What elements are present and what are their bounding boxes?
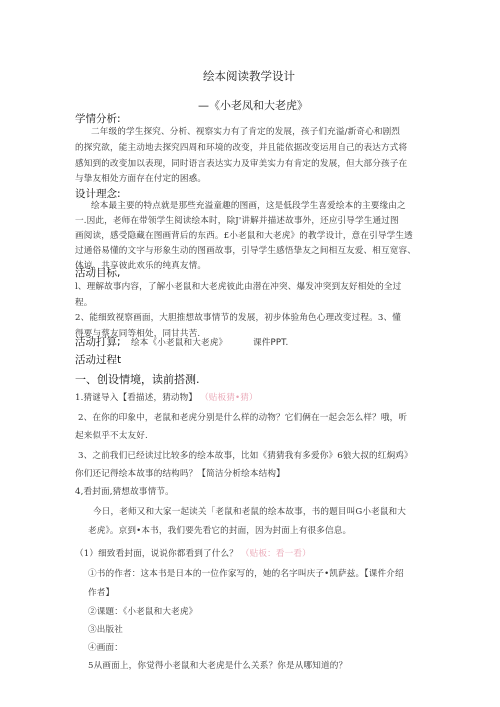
section-heading-analysis: 学情分析: <box>75 111 121 126</box>
process-item-3-line: 你们还记得绘本故事的结构吗？【简洁分析绘本结构】 <box>75 467 285 479</box>
item1-annotation: （贴板猜•猜） <box>200 393 258 403</box>
process-item-2-line: 2、在你的印象中，老鼠和老虎分别是什么样的动物？它们俩在一起会怎么样？哦，听 <box>78 411 407 423</box>
process-item-3-line: 3、之前我们已经读过比较多的绘本故事，比如《猜猜我有多爱你》6狼大叔的红焖鸡》 <box>78 449 413 461</box>
goal-line: 程。 <box>75 296 93 308</box>
sub1-text: （1）细致看封面，说说你都看到了什么？ <box>75 549 238 559</box>
document-page: 绘本阅读教学设计 —《小老凤和大老虎》 学情分析: 二年级的学生探究、分析、视察… <box>0 0 500 707</box>
sub1-item: ④画面： <box>88 641 123 653</box>
page-subtitle: —《小老凤和大老虎》 <box>198 97 308 113</box>
concept-line: 画阅读，感受隐藏在图画背后的东西。£小老鼠和大老虎》的教学设计，意在引导学生透 <box>75 229 413 241</box>
sub1-item: 作者】 <box>88 586 114 598</box>
item4-paragraph-line: 老虎》。京到•本书，我们要先看它的封面，因为封面上有很多信息。 <box>88 524 351 536</box>
prep-ppt: 课件PPT. <box>253 336 288 348</box>
section-heading-prep: 活动打算; <box>75 334 121 349</box>
concept-line: 过通俗易懂的文字与形象生动的图画故事，引导学生感悟挚友之间相互友爱、相互宽容、 <box>75 244 416 256</box>
prep-materials: 绘本《小老鼠和大老虎》 <box>131 336 227 348</box>
sub1-item: ③出版社 <box>88 623 123 635</box>
section-heading-goals: 活动目标, <box>75 265 120 280</box>
process-item-5: 5从画面上，你觉得小老鼠和大老虎是什么关系？你是从哪知道的？ <box>88 659 347 671</box>
sub1-item: ②课題：《小老鼠和大老虎》 <box>88 605 197 617</box>
item4-paragraph-line: 今日，老师又和大家一起读关「老鼠和老鼠的绘本故事，书的题目叫G小老鼠和大 <box>93 505 406 517</box>
step1-heading: 一、创设情境，读前搭测. <box>75 371 200 387</box>
analysis-line: 与挚友相处方面存在付定的困惑。 <box>75 172 206 184</box>
process-item-1: 1.猜谜导入【看描述，猜动物】 （贴板猜•猜） <box>75 391 258 403</box>
concept-line: 绘本最主要的特点就是那些充溢童趣的图画，这是低段学生喜爱绘本的主要缘由之 <box>91 199 406 211</box>
analysis-line: 二年级的学生探究、分析、视察实力有了肯定的发展，孩子们充溢/新奇心和剧烈 <box>91 125 400 137</box>
process-sub-1: （1）细致看封面，说说你都看到了什么？ （贴板：看一看） <box>75 547 311 559</box>
analysis-line: 的探究欲，能主动地去探究四周和环境的改变，并且能依据改变运用自己的表达方式将 <box>75 141 407 153</box>
sub1-annotation: （贴板：看一看） <box>241 549 311 559</box>
analysis-line: 感知到的改变加以表现，同时语言表达实力及审美实力有肯定的发展，但大部分孩子在 <box>75 157 407 169</box>
section-heading-process: 活动过程t <box>75 352 121 367</box>
process-item-2-line: 起来似乎不太友好. <box>75 429 148 441</box>
page-title: 绘本阅读教学设计 <box>203 68 295 84</box>
sub1-item: ①书的作者：这本书是日本的一位作家写的，她的名字叫庆子•凯萨兹。【课件介绍 <box>88 567 404 579</box>
concept-line: 一.因此，老师在带领学生阅读绘本时，除J'讲解并描述故事外，还应引导学生通过图 <box>75 214 399 226</box>
goal-line: l、理解故事内容，了解小老鼠和大老虎彼此由潜在冲突、爆发冲突到友好相处的全过 <box>75 280 401 292</box>
item1-text: 1.猜谜导入【看描述，猜动物】 <box>75 393 197 403</box>
process-item-4: 4,看封面,猜想故事情节。 <box>75 485 174 497</box>
goal-line: 2、能细致视察画面，大胆推想故事情节的发展，初步体验角色心理改变过程。3、懂 <box>75 311 401 323</box>
